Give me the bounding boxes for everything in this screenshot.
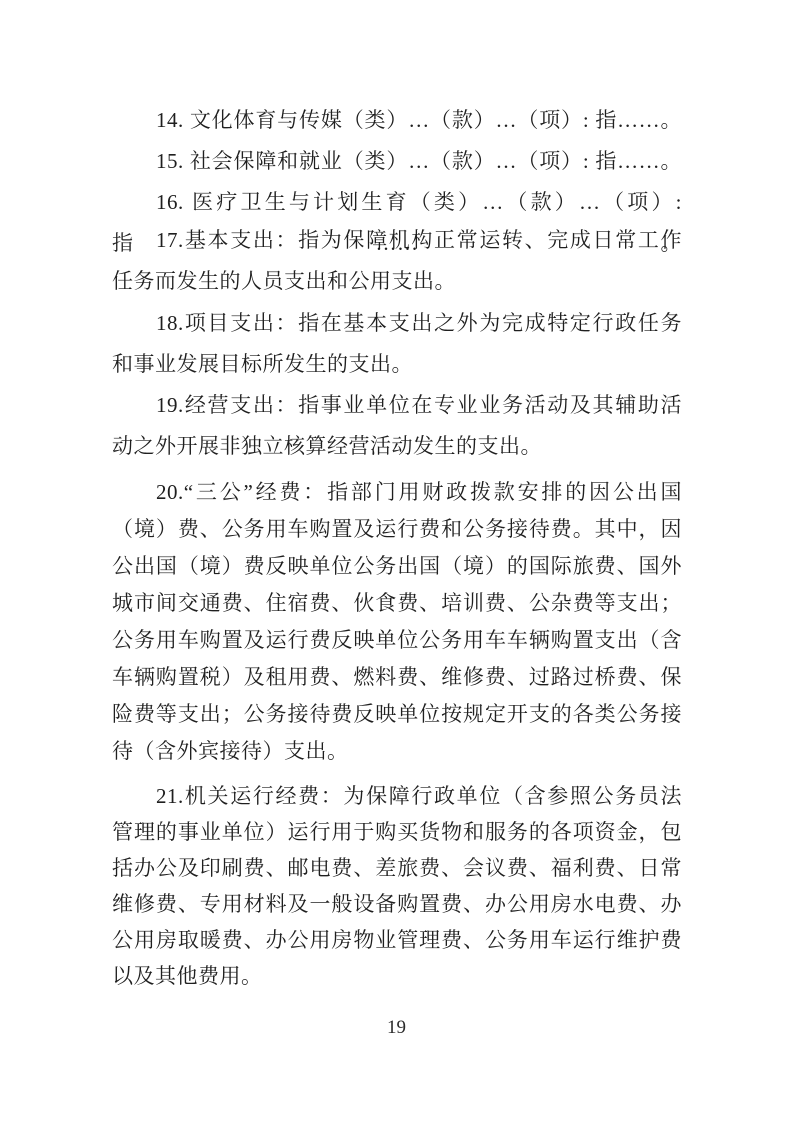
- text-line: 和事业发展目标所发生的支出。: [112, 344, 682, 385]
- text-line: 公务用车购置及运行费反映单位公务用车车辆购置支出（含: [112, 622, 682, 659]
- text-line: 城市间交通费、住宿费、伙食费、培训费、公杂费等支出；: [112, 585, 682, 622]
- paragraph-item-21: 21.机关运行经费：为保障行政单位（含参照公务员法管理的事业单位）运行用于购买货…: [112, 778, 682, 994]
- text-line: 14. 文化体育与传媒（类）…（款）…（项）: 指……。: [112, 100, 682, 141]
- text-line: 车辆购置税）及租用费、燃料费、维修费、过路过桥费、保: [112, 659, 682, 696]
- text-line: 15. 社会保障和就业（类）…（款）…（项）: 指……。: [112, 141, 682, 182]
- text-line: （境）费、公务用车购置及运行费和公务接待费。其中，因: [112, 511, 682, 548]
- paragraph-item-19: 19.经营支出：指事业单位在专业业务活动及其辅助活动之外开展非独立核算经营活动发…: [112, 385, 682, 467]
- text-line: 管理的事业单位）运行用于购买货物和服务的各项资金，包: [112, 814, 682, 850]
- text-line: 19.经营支出：指事业单位在专业业务活动及其辅助活: [112, 385, 682, 426]
- text-line: 维修费、专用材料及一般设备购置费、办公用房水电费、办: [112, 886, 682, 922]
- text-line: 20.“三公”经费：指部门用财政拨款安排的因公出国: [112, 474, 682, 511]
- text-line: 以及其他费用。: [112, 958, 682, 994]
- text-line: 公出国（境）费反映单位公务出国（境）的国际旅费、国外: [112, 548, 682, 585]
- text-line: 险费等支出；公务接待费反映单位按规定开支的各类公务接: [112, 696, 682, 733]
- paragraph-item-17: 17.基本支出：指为保障机构正常运转、完成日常工作任务而发生的人员支出和公用支出…: [112, 220, 682, 302]
- text-line: 18.项目支出：指在基本支出之外为完成特定行政任务: [112, 303, 682, 344]
- text-line: 17.基本支出：指为保障机构正常运转、完成日常工作: [112, 220, 682, 261]
- paragraph-item-18: 18.项目支出：指在基本支出之外为完成特定行政任务和事业发展目标所发生的支出。: [112, 303, 682, 385]
- text-line: 待（含外宾接待）支出。: [112, 733, 682, 770]
- paragraph-item-20: 20.“三公”经费：指部门用财政拨款安排的因公出国（境）费、公务用车购置及运行费…: [112, 474, 682, 770]
- text-line: 公用房取暖费、办公用房物业管理费、公务用车运行维护费: [112, 922, 682, 958]
- paragraph-item-14: 14. 文化体育与传媒（类）…（款）…（项）: 指……。: [112, 100, 682, 141]
- page-number: 19: [0, 1017, 793, 1039]
- document-page: 14. 文化体育与传媒（类）…（款）…（项）: 指……。15. 社会保障和就业（…: [0, 0, 793, 1122]
- text-line: 括办公及印刷费、邮电费、差旅费、会议费、福利费、日常: [112, 850, 682, 886]
- text-line: 任务而发生的人员支出和公用支出。: [112, 261, 682, 302]
- page-content: 14. 文化体育与传媒（类）…（款）…（项）: 指……。15. 社会保障和就业（…: [112, 0, 682, 1122]
- paragraph-item-15: 15. 社会保障和就业（类）…（款）…（项）: 指……。: [112, 141, 682, 182]
- text-line: 动之外开展非独立核算经营活动发生的支出。: [112, 426, 682, 467]
- text-line: 21.机关运行经费：为保障行政单位（含参照公务员法: [112, 778, 682, 814]
